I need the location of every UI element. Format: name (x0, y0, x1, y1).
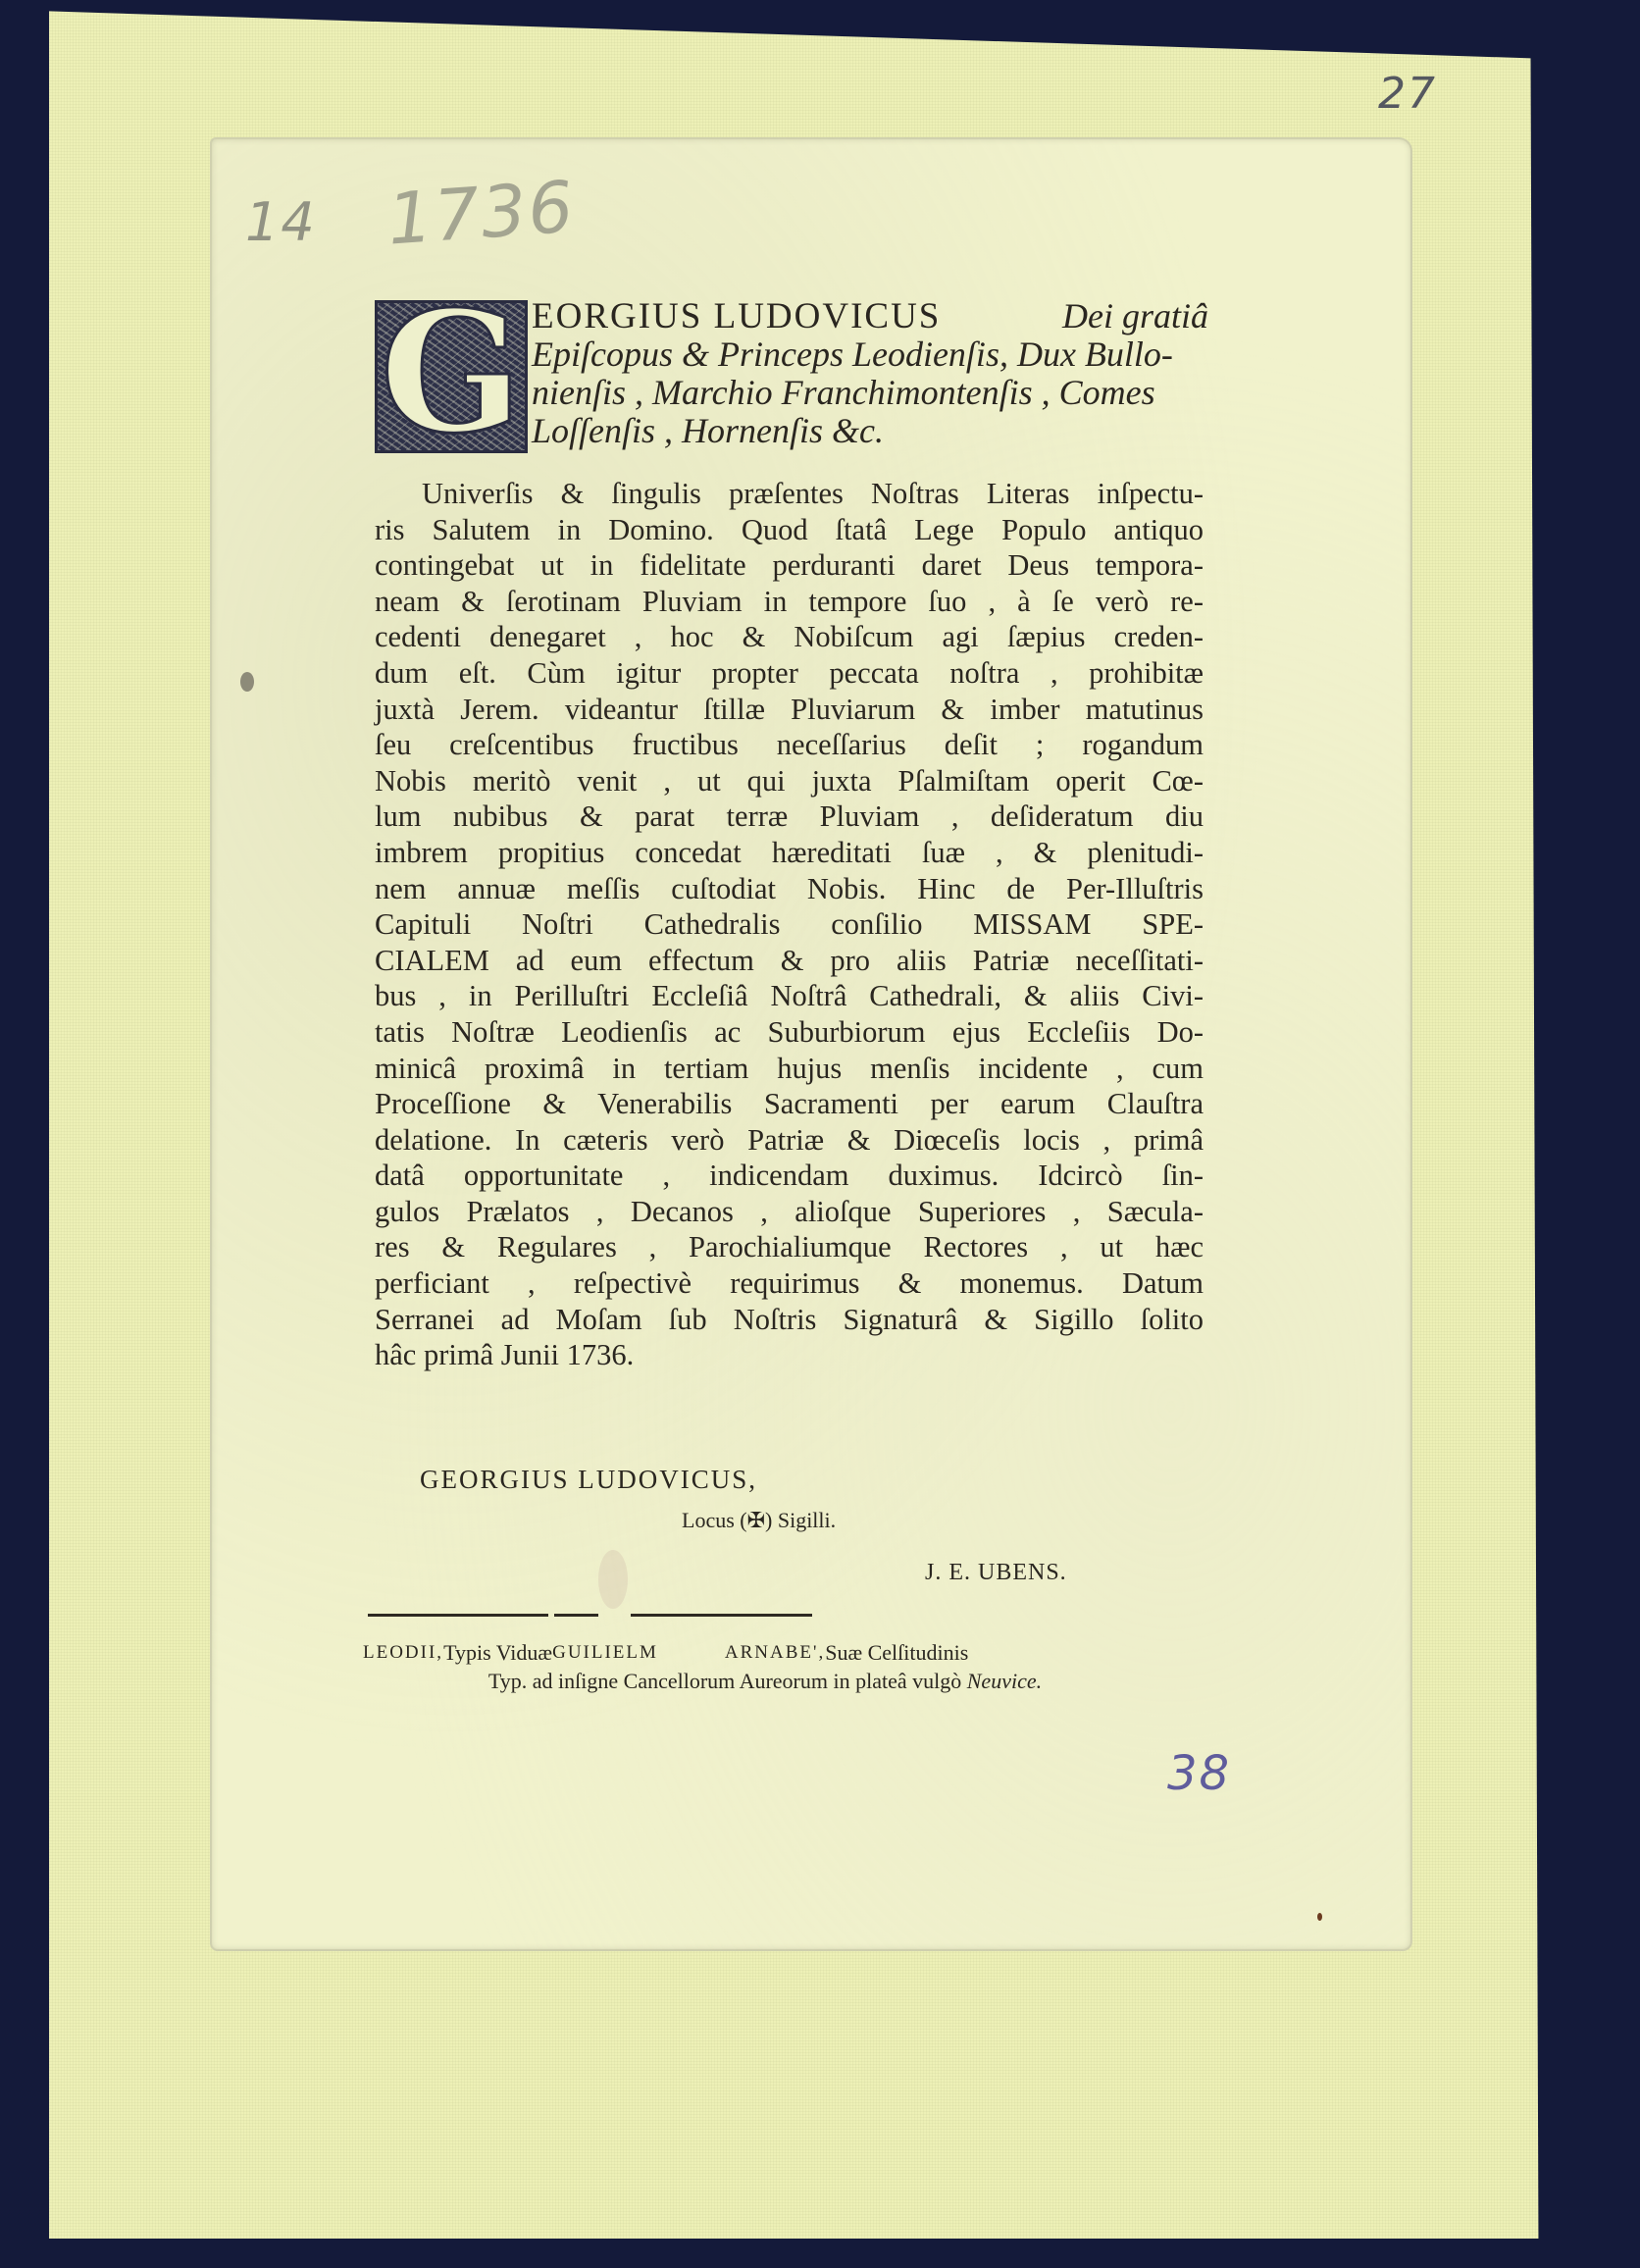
body-line: bus , in Perilluſtri Eccleſiâ Noſtrâ Cat… (375, 978, 1204, 1014)
imprint-street: Neuvice. (967, 1669, 1042, 1693)
decorated-initial: G (375, 300, 528, 453)
dei-gratia: Dei gratiâ (1062, 297, 1208, 335)
imprint-printer-last: ARNABE', (725, 1638, 825, 1667)
printer-imprint: LEODII, Typis Viduæ GUILIELM ARNABE', Su… (363, 1638, 1177, 1695)
body-line: lum nubibus & parat terræ Pluviam , deſi… (375, 799, 1204, 835)
imprint-address: Typ. ad inſigne Cancellorum Aureorum in … (488, 1669, 967, 1693)
body-line: ſeu creſcentibus fructibus neceſſarius d… (375, 727, 1204, 763)
divider-rule (554, 1614, 598, 1617)
wax-stain (598, 1550, 628, 1609)
body-line: gulos Prælatos , Decanos , alioſque Supe… (375, 1194, 1204, 1230)
imprint-line-1: LEODII, Typis Viduæ GUILIELM ARNABE', Su… (363, 1638, 1177, 1667)
body-line: Univerſis & ſingulis præſentes Noſtras L… (375, 476, 1204, 512)
signature-name: GEORGIUS LUDOVICUS, (420, 1465, 757, 1495)
imprint-line-2: Typ. ad inſigne Cancellorum Aureorum in … (363, 1667, 1177, 1695)
document-text: G EORGIUS LUDOVICUS Dei gratiâ Epiſcopus… (375, 297, 1204, 1373)
document-header: G EORGIUS LUDOVICUS Dei gratiâ Epiſcopus… (375, 297, 1204, 454)
imprint-text: Suæ Celſitudinis (825, 1638, 968, 1667)
body-line: contingebat ut in fidelitate perduranti … (375, 547, 1204, 584)
body-line: neam & ſerotinam Pluviam in tempore ſuo … (375, 584, 1204, 620)
body-line: cedenti denegaret , hoc & Nobiſcum agi ſ… (375, 619, 1204, 655)
body-line: tatis Noſtræ Leodienſis ac Suburbiorum e… (375, 1014, 1204, 1051)
body-line: imbrem propitius concedat hæreditati ſuæ… (375, 835, 1204, 871)
body-line: perficiant , reſpectivè requirimus & mon… (375, 1265, 1204, 1302)
countersignature: J. E. UBENS. (925, 1560, 1067, 1586)
bishop-name: EORGIUS LUDOVICUS (532, 297, 941, 335)
body-line: Capituli Noſtri Cathedralis conſilio MIS… (375, 906, 1204, 943)
body-line: dum eſt. Cùm igitur propter peccata noſt… (375, 655, 1204, 692)
body-line-date: hâc primâ Junii 1736. (375, 1337, 1204, 1373)
body-line: nem annuæ meſſis cuſtodiat Nobis. Hinc d… (375, 871, 1204, 907)
divider-rule (368, 1614, 548, 1617)
divider-rule (631, 1614, 812, 1617)
title-line-4: Loſſenſis , Hornenſis &c. (532, 412, 1208, 450)
folio-number: 38 (1167, 1746, 1231, 1801)
pencil-annotation-14: 14 (245, 191, 317, 253)
body-line: datâ opportunitate , indicendam duximus.… (375, 1158, 1204, 1194)
body-line: ris Salutem in Domino. Quod ſtatâ Lege P… (375, 512, 1204, 548)
imprint-gap (658, 1638, 725, 1667)
body-line: Nobis meritò venit , ut qui juxta Pſalmi… (375, 763, 1204, 799)
body-line: juxtà Jerem. videantur ſtillæ Pluviarum … (375, 692, 1204, 728)
ink-stain (240, 672, 254, 692)
body-line: delatione. In cæteris verò Patriæ & Diœc… (375, 1122, 1204, 1159)
title-line-3: nienſis , Marchio Franchimontenſis , Com… (532, 374, 1208, 412)
title-lines: EORGIUS LUDOVICUS Dei gratiâ Epiſcopus &… (532, 297, 1208, 450)
body-line: res & Regulares , Parochialiumque Rector… (375, 1229, 1204, 1265)
title-line-1: EORGIUS LUDOVICUS Dei gratiâ (532, 297, 1208, 335)
body-text: Univerſis & ſingulis præſentes Noſtras L… (375, 476, 1204, 1373)
body-line: Serranei ad Moſam ſub Noſtris Signaturâ … (375, 1302, 1204, 1338)
ink-dot (1317, 1913, 1322, 1921)
initial-letter: G (380, 300, 522, 453)
imprint-city: LEODII, (363, 1638, 443, 1667)
imprint-printer-first: GUILIELM (552, 1638, 658, 1667)
body-line: minicâ proximâ in tertiam hujus menſis i… (375, 1051, 1204, 1087)
seal-location: Locus (✠) Sigilli. (682, 1508, 836, 1533)
title-line-2: Epiſcopus & Princeps Leodienſis, Dux Bul… (532, 335, 1208, 374)
imprint-text: Typis Viduæ (443, 1638, 552, 1667)
pencil-annotation-27: 27 (1378, 69, 1437, 119)
pencil-annotation-year: 1736 (384, 165, 578, 260)
body-line: CIALEM ad eum effectum & pro aliis Patri… (375, 943, 1204, 979)
body-line: Proceſſione & Venerabilis Sacramenti per… (375, 1086, 1204, 1122)
